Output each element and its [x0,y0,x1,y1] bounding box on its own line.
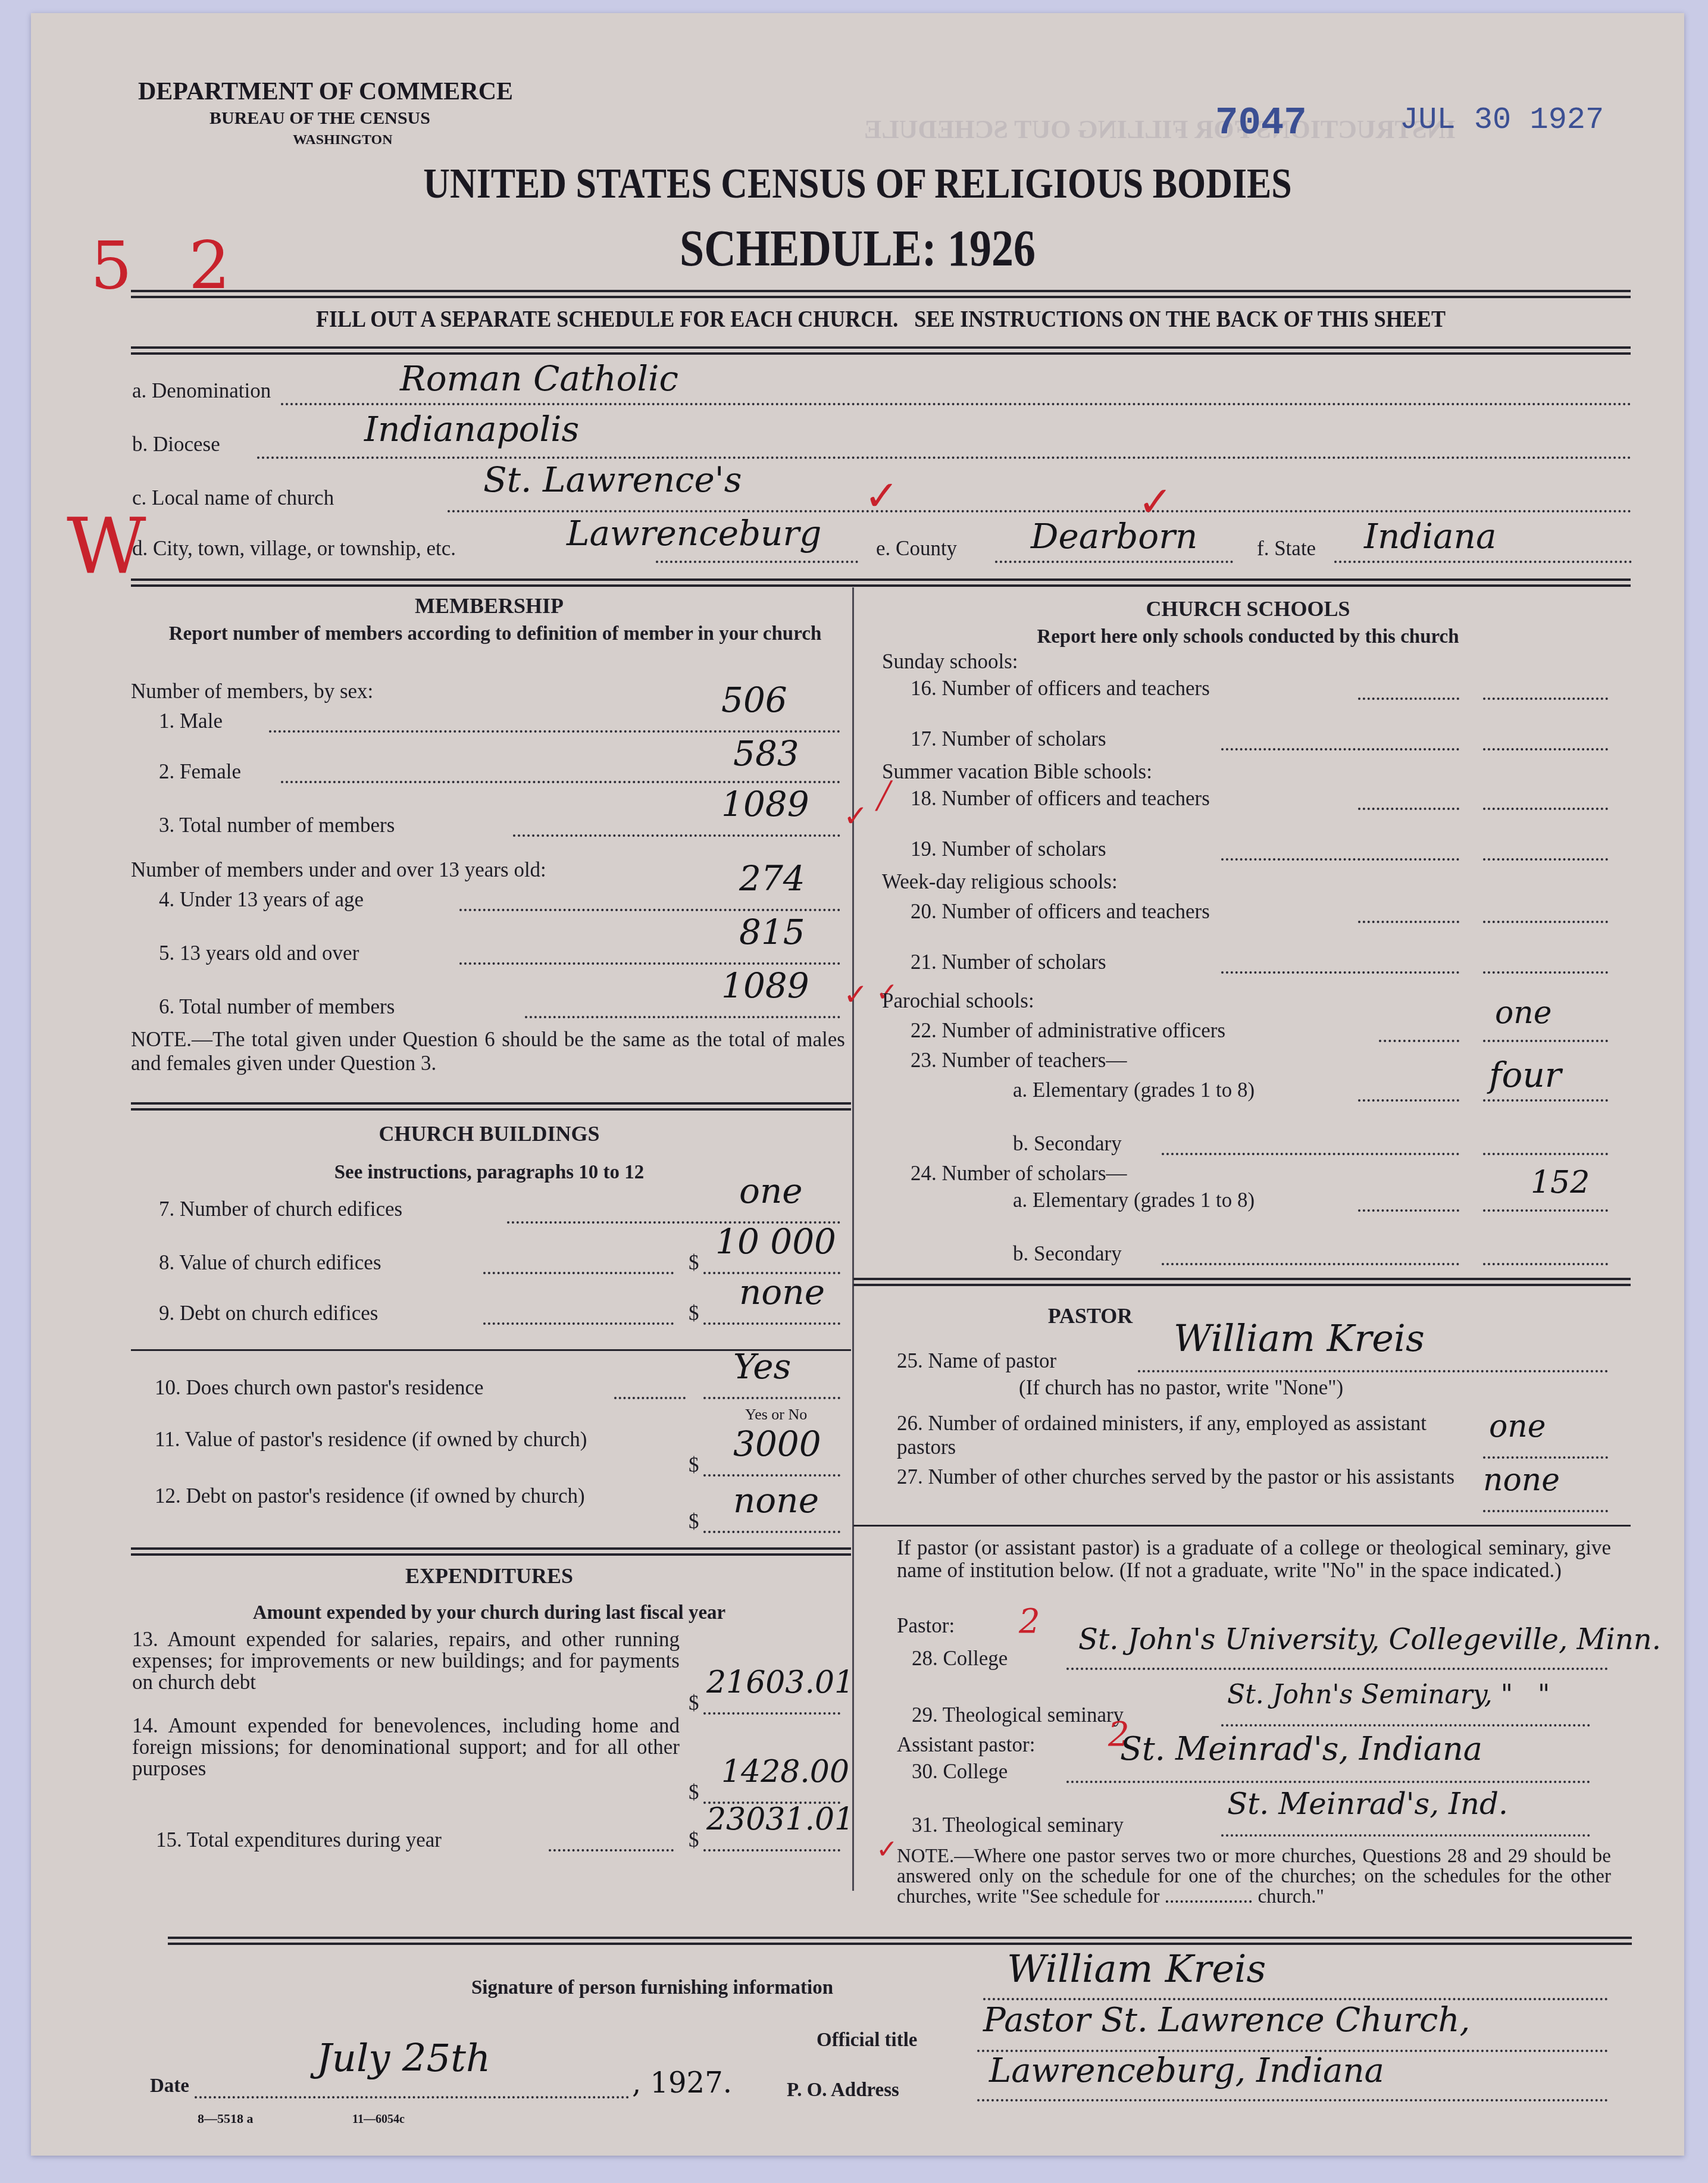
diocese-line [257,456,1632,459]
row-line [1221,1724,1590,1727]
summer-officers-label: 18. Number of officers and teachers [911,787,1210,811]
residence-debt-field[interactable]: none [733,1480,819,1521]
state-label: f. State [1257,537,1316,561]
scholars-elementary-field[interactable]: 152 [1531,1165,1590,1200]
membership-note: NOTE.—The total given under Question 6 s… [131,1028,845,1075]
bureau-name: BUREAU OF THE CENSUS [209,108,430,129]
bleed-through-heading: INSTRUCTIONS FOR FILLING OUT SCHEDULE [864,114,1456,145]
po-address-label: P. O. Address [787,2079,899,2101]
date-field[interactable]: July 25th [317,2037,490,2081]
date-year: , 1927. [632,2066,732,2100]
row-line [1162,1263,1459,1265]
owns-residence-field[interactable]: Yes [733,1346,791,1387]
row-line [281,781,840,783]
summer-scholars-label: 19. Number of scholars [911,837,1106,861]
assistant-college-label: 30. College [912,1760,1008,1784]
total-members-label: 3. Total number of members [159,814,395,837]
total-expenditures-label: 15. Total expenditures during year [156,1828,442,1852]
weekday-schools-heading: Week-day religious schools: [882,870,1118,894]
scholars-secondary-field[interactable] [1483,1263,1608,1265]
instruction-banner: FILL OUT A SEPARATE SCHEDULE FOR EACH CH… [206,305,1556,333]
row-line [1483,1510,1608,1512]
divider [853,1278,1631,1286]
row-line [703,1849,840,1852]
red-checkmark: ✓ [843,799,868,833]
row-line [1358,1099,1459,1102]
census-form-sheet: INSTRUCTIONS FOR FILLING OUT SCHEDULE DE… [31,13,1684,2156]
row-line [1162,1153,1459,1155]
denomination-label: a. Denomination [132,379,271,403]
pastor-note: NOTE.—Where one pastor serves two or mor… [897,1846,1611,1907]
edifices-debt-field[interactable]: none [739,1272,825,1312]
under-13-field[interactable]: 274 [739,858,805,899]
currency-sign: $ [689,1302,699,1325]
row-line [1483,1209,1608,1212]
sunday-scholars-field[interactable] [1483,748,1608,750]
total-members-2-field[interactable]: 1089 [721,965,809,1006]
other-churches-field[interactable]: none [1483,1462,1560,1498]
bureau-location: WASHINGTON [293,132,393,148]
print-number: 11—6054c [352,2113,405,2126]
row-line [1358,1209,1459,1212]
row-line [1221,1834,1590,1837]
diocese-field[interactable]: Indianapolis [364,409,579,449]
row-line [1138,1370,1608,1372]
city-line [656,561,858,563]
teachers-heading: 23. Number of teachers— [911,1049,1127,1072]
row-line [483,1272,674,1274]
divider [131,346,1631,355]
parochial-schools-heading: Parochial schools: [882,989,1034,1013]
row-line [614,1397,686,1399]
male-label: 1. Male [159,709,223,733]
scholars-heading: 24. Number of scholars— [911,1162,1127,1186]
red-checkmark: ✓ [876,1834,898,1865]
teachers-secondary-label: b. Secondary [1013,1132,1122,1156]
church-schools-title: CHURCH SCHOOLS [864,596,1632,621]
assistant-college-field[interactable]: St. Meinrad's, Indiana [1120,1730,1482,1768]
official-title-field[interactable]: Pastor St. Lawrence Church, [983,2001,1470,2040]
expenditures-subtitle: Amount expended by your church during la… [132,1602,846,1624]
assistant-pastors-field[interactable]: one [1489,1409,1546,1444]
county-line [995,561,1233,563]
assistant-seminary-label: 31. Theological seminary [912,1813,1124,1837]
row-line [703,1474,840,1477]
expenditures-title: EXPENDITURES [132,1563,846,1588]
male-count-field[interactable]: 506 [721,680,787,720]
teachers-elementary-label: a. Elementary (grades 1 to 8) [1013,1078,1255,1102]
total-expenditures-field[interactable]: 23031.01 [706,1802,854,1837]
row-line [1483,1040,1608,1042]
other-churches-label: 27. Number of other churches served by t… [897,1465,1462,1489]
seminary-label: 29. Theological seminary [912,1703,1124,1727]
divider [853,1525,1631,1527]
pastor-heading: Pastor: [897,1614,955,1638]
membership-title: MEMBERSHIP [132,593,846,618]
schedule-year: SCHEDULE: 1926 [146,218,1568,278]
female-count-field[interactable]: 583 [733,733,799,774]
teachers-elementary-field[interactable]: four [1489,1055,1561,1095]
summer-scholars-field[interactable] [1483,858,1608,861]
parochial-admin-label: 22. Number of administrative officers [911,1019,1225,1043]
row-line [1358,698,1459,700]
diocese-label: b. Diocese [132,433,220,456]
local-name-label: c. Local name of church [132,486,334,510]
pastor-name-hint: (If church has no pastor, write "None") [1019,1376,1343,1400]
currency-sign: $ [689,1251,699,1275]
weekday-officers-field[interactable] [1483,921,1608,923]
county-label: e. County [876,537,957,561]
college-field[interactable]: St. John's University, Collegeville, Min… [1078,1623,1661,1656]
under-13-label: 4. Under 13 years of age [159,888,364,912]
church-buildings-title: CHURCH BUILDINGS [132,1121,846,1146]
female-label: 2. Female [159,760,241,784]
divider [131,290,1631,298]
row-line [1483,1099,1608,1102]
row-line [1483,1456,1608,1459]
row-line [703,1712,840,1715]
row-line [703,1322,840,1325]
weekday-scholars-field[interactable] [1483,971,1608,974]
row-line [1221,858,1459,861]
membership-subtitle: Report number of members according to de… [168,620,822,648]
red-checkmark: ✓ [843,977,868,1012]
over-13-label: 5. 13 years old and over [159,942,359,965]
city-field[interactable]: Lawrenceburg [567,513,821,553]
seminary-field[interactable]: St. John's Seminary, " " [1227,1680,1550,1710]
residence-value-label: 11. Value of pastor's residence (if owne… [155,1427,678,1453]
row-line [977,2099,1608,2101]
assistant-pastors-label: 26. Number of ordained ministers, if any… [897,1412,1462,1459]
state-line [1334,561,1632,563]
owns-residence-label: 10. Does church own pastor's residence [155,1376,484,1400]
county-field[interactable]: Dearborn [1031,516,1197,556]
row-line [1221,748,1459,750]
row-line [483,1322,674,1325]
red-checkmark: ╱ [876,781,892,811]
sunday-schools-heading: Sunday schools: [882,650,1018,674]
by-sex-label: Number of members, by sex: [131,680,373,703]
yes-no-hint: Yes or No [745,1406,807,1424]
pastor-name-label: 25. Name of pastor [897,1349,1056,1373]
edifices-debt-label: 9. Debt on church edifices [159,1302,378,1325]
official-title-label: Official title [817,2029,918,2051]
benevolences-label: 14. Amount expended for benevolences, in… [132,1715,680,1779]
teachers-secondary-field[interactable] [1483,1153,1608,1155]
row-line [513,834,840,837]
running-expenses-field[interactable]: 21603.01 [706,1665,854,1700]
parochial-admin-field[interactable]: one [1495,995,1552,1031]
edifices-count-label: 7. Number of church edifices [159,1197,402,1221]
row-line [1066,1781,1590,1783]
signature-field[interactable]: William Kreis [1007,1947,1266,1991]
row-line [703,1531,840,1533]
currency-sign: $ [689,1781,699,1804]
row-line [549,1849,674,1852]
row-line [459,962,840,965]
education-instructions: If pastor (or assistant pastor) is a gra… [897,1537,1611,1582]
by-age-label: Number of members under and over 13 year… [131,858,546,882]
denomination-field[interactable]: Roman Catholic [400,358,678,399]
red-annotation: 2 [1019,1602,1040,1641]
city-label: d. City, town, village, or township, etc… [132,537,456,561]
stamp-date: JUL 30 1927 [1400,102,1604,137]
denomination-line [281,403,1632,405]
sunday-officers-field[interactable] [1483,698,1608,700]
summer-officers-field[interactable] [1483,808,1608,810]
assistant-seminary-field[interactable]: St. Meinrad's, Ind. [1227,1787,1508,1821]
scholars-elementary-label: a. Elementary (grades 1 to 8) [1013,1189,1255,1212]
form-title: UNITED STATES CENSUS OF RELIGIOUS BODIES [146,159,1568,208]
row-line [983,1998,1608,2000]
total-members-2-label: 6. Total number of members [159,995,395,1019]
running-expenses-label: 13. Amount expended for salaries, repair… [132,1629,680,1693]
total-members-field[interactable]: 1089 [721,784,809,824]
sunday-scholars-label: 17. Number of scholars [911,727,1106,751]
po-address-field[interactable]: Lawrenceburg, Indiana [989,2051,1384,2090]
red-checkmark: ✓ [864,471,899,521]
row-line [459,909,840,911]
assistant-pastor-heading: Assistant pastor: [897,1733,1035,1757]
edifices-value-label: 8. Value of church edifices [159,1251,381,1275]
currency-sign: $ [689,1453,699,1477]
residence-value-field[interactable]: 3000 [733,1424,821,1464]
divider [131,1547,851,1556]
state-field[interactable]: Indiana [1364,516,1496,556]
date-label: Date [150,2075,189,2097]
row-line [1358,921,1459,923]
weekday-scholars-label: 21. Number of scholars [911,950,1106,974]
college-label: 28. College [912,1647,1008,1671]
over-13-field[interactable]: 815 [739,912,805,952]
currency-sign: $ [689,1510,699,1534]
edifices-count-field[interactable]: one [739,1171,803,1211]
local-name-line [448,510,1632,512]
residence-debt-label: 12. Debt on pastor's residence (if owned… [155,1483,678,1509]
weekday-officers-label: 20. Number of officers and teachers [911,900,1210,924]
currency-sign: $ [689,1691,699,1715]
form-number: 8—5518 a [198,2111,254,2126]
local-name-field[interactable]: St. Lawrence's [483,459,742,500]
church-schools-subtitle: Report here only schools conducted by th… [864,626,1632,648]
row-line [703,1397,840,1399]
pastor-name-field[interactable]: William Kreis [1174,1316,1425,1360]
divider [131,578,1631,587]
divider [168,1937,1632,1945]
summer-schools-heading: Summer vacation Bible schools: [882,760,1152,784]
row-line [1221,971,1459,974]
currency-sign: $ [689,1828,699,1852]
row-line [195,2096,629,2098]
scholars-secondary-label: b. Secondary [1013,1242,1122,1266]
row-line [525,1016,840,1018]
department-name: DEPARTMENT OF COMMERCE [138,77,513,106]
benevolences-field[interactable]: 1428.00 [721,1754,849,1790]
stamp-number: 7047 [1215,102,1307,145]
sunday-officers-label: 16. Number of officers and teachers [911,677,1210,700]
row-line [269,730,840,733]
row-line [1066,1668,1608,1670]
row-line [1358,808,1459,810]
signature-label: Signature of person furnishing informati… [471,1977,833,1999]
edifices-value-field[interactable]: 10 000 [715,1221,836,1262]
row-line [1379,1040,1459,1042]
divider [131,1102,851,1111]
